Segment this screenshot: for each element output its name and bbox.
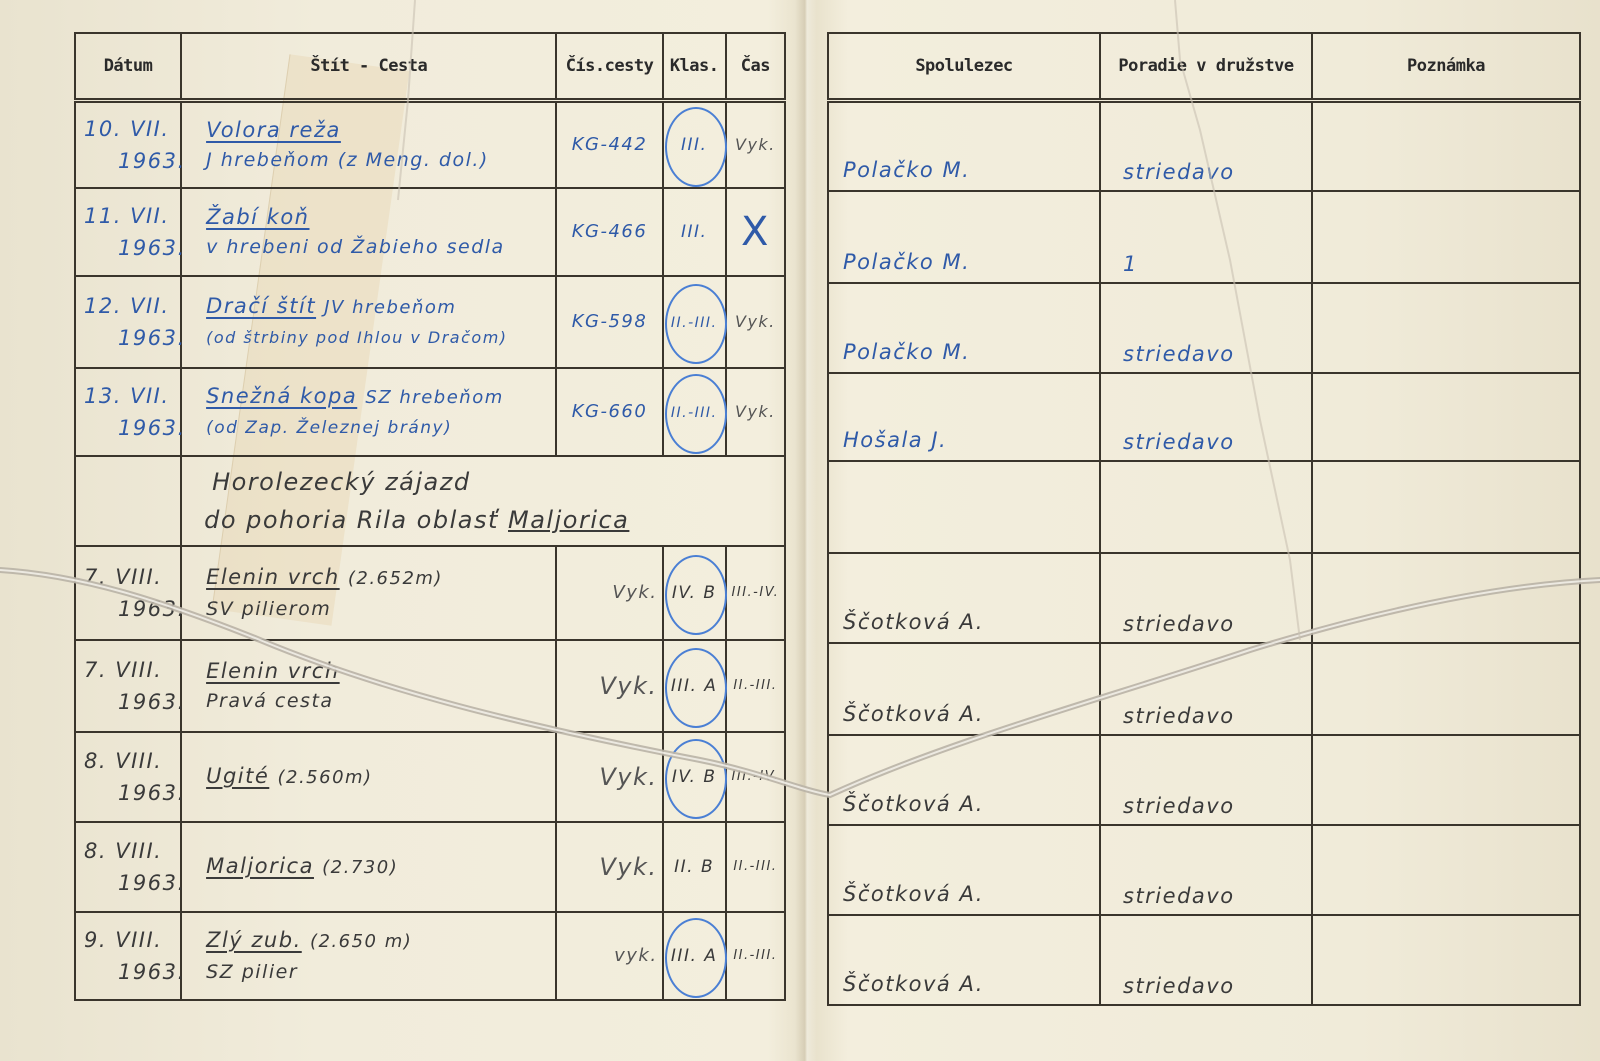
- note: [1312, 191, 1580, 283]
- table-row: 10. VII.1963. Volora režaJ hrebeňom (z M…: [75, 101, 785, 188]
- header-peak-route: Štít - Cesta: [181, 33, 556, 101]
- expedition-note-line1: Horolezecký zájazd: [204, 463, 784, 501]
- time: II.-III.: [726, 640, 785, 732]
- date-cell: 12. VII.1963.: [75, 276, 181, 368]
- route-desc: v hrebeni od Žabieho sedla: [206, 232, 555, 262]
- partner: Polačko M.: [828, 101, 1100, 191]
- date-day: 8. VIII.: [84, 745, 180, 777]
- date-cell: 8. VIII.1963.: [75, 822, 181, 912]
- time: Vyk.: [726, 368, 785, 456]
- table-row: 7. VIII.1963. Elenin vrch (2.652m)SV pil…: [75, 546, 785, 640]
- peak-name: Elenin vrch: [206, 565, 340, 589]
- peak-name: Volora reža: [206, 118, 341, 142]
- note: [1312, 915, 1580, 1005]
- table-row: 9. VIII.1963. Zlý zub. (2.650 m)SZ pilie…: [75, 912, 785, 1000]
- grade-cell: III. A: [663, 912, 726, 1000]
- peak-name: Snežná kopa: [206, 384, 357, 408]
- date-year: 1963.: [84, 686, 180, 718]
- table-row: [828, 461, 1580, 553]
- partner: Ščotková A.: [828, 643, 1100, 735]
- grade-circle-mark: [665, 107, 727, 187]
- grade-circle-mark: [665, 284, 727, 364]
- peak-name: Elenin vrch: [206, 659, 340, 683]
- peak-name: Ugité: [206, 764, 269, 788]
- completion-mark: Vyk.: [556, 640, 662, 732]
- team-order: striedavo: [1100, 643, 1312, 735]
- empty-date-cell: [75, 456, 181, 546]
- date-day: 9. VIII.: [84, 924, 180, 956]
- route-number: KG-466: [556, 188, 662, 276]
- date-cell: 8. VIII.1963.: [75, 732, 181, 822]
- header-date: Dátum: [75, 33, 181, 101]
- grade: III.: [681, 222, 707, 242]
- grade-cell: III. A: [663, 640, 726, 732]
- date-day: 11. VII.: [84, 200, 180, 232]
- table-row: Polačko M. striedavo: [828, 101, 1580, 191]
- peak-route-cell: Volora režaJ hrebeňom (z Meng. dol.): [181, 101, 556, 188]
- peak-route-cell: Dračí štít JV hrebeňom(od štrbiny pod Ih…: [181, 276, 556, 368]
- book-gutter: [795, 0, 817, 1061]
- peak-extra: (2.560m): [277, 767, 372, 788]
- date-year: 1963.: [84, 867, 180, 899]
- table-row: 11. VII.1963. Žabí koňv hrebeni od Žabie…: [75, 188, 785, 276]
- date-year: 1963.: [84, 412, 180, 444]
- route-desc: (od štrbiny pod Ihlou v Dračom): [206, 323, 555, 353]
- note: [1312, 643, 1580, 735]
- date-year: 1963.: [84, 777, 180, 809]
- header-note: Poznámka: [1312, 33, 1580, 101]
- time: III.-IV.: [726, 546, 785, 640]
- table-row: Ščotková A. striedavo: [828, 553, 1580, 643]
- date-day: 8. VIII.: [84, 835, 180, 867]
- peak-route-cell: Snežná kopa SZ hrebeňom(od Zap. Železnej…: [181, 368, 556, 456]
- partners-table: Spolulezec Poradie v družstve Poznámka P…: [827, 32, 1581, 1006]
- peak-extra: (2.730): [322, 857, 398, 878]
- expedition-note: Horolezecký zájazd do pohoria Rila oblas…: [181, 456, 785, 546]
- peak-name: Maljorica: [206, 854, 314, 878]
- table-row: 8. VIII.1963. Ugité (2.560m) Vyk. IV. B …: [75, 732, 785, 822]
- table-row: Ščotková A. striedavo: [828, 915, 1580, 1005]
- grade-cell: III.: [663, 101, 726, 188]
- climbs-table: Dátum Štít - Cesta Čís.cesty Klas. Čas 1…: [74, 32, 786, 1001]
- partner: Ščotková A.: [828, 553, 1100, 643]
- header-time: Čas: [726, 33, 785, 101]
- partner: [828, 461, 1100, 553]
- date-year: 1963.: [84, 322, 180, 354]
- date-cell: 7. VIII.1963.: [75, 640, 181, 732]
- route-desc: SZ pilier: [206, 957, 555, 987]
- peak-name: Žabí koň: [206, 205, 309, 229]
- date-cell: 11. VII.1963.: [75, 188, 181, 276]
- date-year: 1963.: [84, 232, 180, 264]
- time: II.-III.: [726, 822, 785, 912]
- table-row: 13. VII.1963. Snežná kopa SZ hrebeňom(od…: [75, 368, 785, 456]
- open-logbook: Dátum Štít - Cesta Čís.cesty Klas. Čas 1…: [0, 0, 1600, 1061]
- route-desc: SV pilierom: [206, 594, 555, 624]
- table-row: Polačko M. striedavo: [828, 283, 1580, 373]
- time-cross-mark: X: [726, 188, 785, 276]
- peak-route-cell: Elenin vrchPravá cesta: [181, 640, 556, 732]
- partner: Ščotková A.: [828, 915, 1100, 1005]
- grade-cell: IV. B: [663, 732, 726, 822]
- note: [1312, 553, 1580, 643]
- time: Vyk.: [726, 276, 785, 368]
- note: [1312, 373, 1580, 461]
- date-year: 1963.: [84, 145, 180, 177]
- header-row: Dátum Štít - Cesta Čís.cesty Klas. Čas: [75, 33, 785, 101]
- peak-extra: SZ hrebeňom: [365, 387, 503, 408]
- grade-cell: IV. B: [663, 546, 726, 640]
- route-desc: (od Zap. Železnej brány): [206, 413, 555, 443]
- team-order: striedavo: [1100, 101, 1312, 191]
- team-order: striedavo: [1100, 915, 1312, 1005]
- grade-cell: II. B: [663, 822, 726, 912]
- team-order: [1100, 461, 1312, 553]
- expedition-note-line2: do pohoria Rila oblasť: [204, 506, 499, 534]
- peak-route-cell: Ugité (2.560m): [181, 732, 556, 822]
- date-day: 12. VII.: [84, 290, 180, 322]
- date-day: 7. VIII.: [84, 654, 180, 686]
- time: II.-III.: [726, 912, 785, 1000]
- date-day: 13. VII.: [84, 380, 180, 412]
- route-number: KG-660: [556, 368, 662, 456]
- left-page: Dátum Štít - Cesta Čís.cesty Klas. Čas 1…: [0, 0, 795, 1061]
- right-page: Spolulezec Poradie v družstve Poznámka P…: [817, 0, 1600, 1061]
- table-row: 7. VIII.1963. Elenin vrchPravá cesta Vyk…: [75, 640, 785, 732]
- date-day: 10. VII.: [84, 113, 180, 145]
- grade-circle-mark: [665, 739, 727, 819]
- partner: Ščotková A.: [828, 825, 1100, 915]
- header-row: Spolulezec Poradie v družstve Poznámka: [828, 33, 1580, 101]
- grade-cell: II.-III.: [663, 368, 726, 456]
- route-desc: Pravá cesta: [206, 686, 555, 716]
- completion-mark: vyk.: [556, 912, 662, 1000]
- date-cell: 13. VII.1963.: [75, 368, 181, 456]
- partner: Ščotková A.: [828, 735, 1100, 825]
- completion-mark: Vyk.: [556, 732, 662, 822]
- peak-extra: JV hrebeňom: [324, 297, 456, 318]
- team-order: striedavo: [1100, 373, 1312, 461]
- completion-mark: Vyk.: [556, 822, 662, 912]
- peak-name: Zlý zub.: [206, 928, 302, 952]
- partner: Hošala J.: [828, 373, 1100, 461]
- grade-cell: II.-III.: [663, 276, 726, 368]
- grade-circle-mark: [665, 374, 727, 454]
- date-cell: 7. VIII.1963.: [75, 546, 181, 640]
- peak-name: Dračí štít: [206, 294, 316, 318]
- peak-route-cell: Elenin vrch (2.652m)SV pilierom: [181, 546, 556, 640]
- table-row: Polačko M. 1: [828, 191, 1580, 283]
- note: [1312, 101, 1580, 191]
- partner: Polačko M.: [828, 283, 1100, 373]
- team-order: 1: [1100, 191, 1312, 283]
- date-cell: 10. VII.1963.: [75, 101, 181, 188]
- table-row: Ščotková A. striedavo: [828, 643, 1580, 735]
- note: [1312, 461, 1580, 553]
- header-order: Poradie v družstve: [1100, 33, 1312, 101]
- peak-route-cell: Žabí koňv hrebeni od Žabieho sedla: [181, 188, 556, 276]
- note: [1312, 735, 1580, 825]
- grade-cell: III.: [663, 188, 726, 276]
- peak-extra: (2.652m): [348, 568, 443, 589]
- route-number: KG-442: [556, 101, 662, 188]
- header-grade: Klas.: [663, 33, 726, 101]
- peak-route-cell: Zlý zub. (2.650 m)SZ pilier: [181, 912, 556, 1000]
- header-route-number: Čís.cesty: [556, 33, 662, 101]
- route-desc: J hrebeňom (z Meng. dol.): [206, 145, 555, 175]
- partner: Polačko M.: [828, 191, 1100, 283]
- date-year: 1963.: [84, 956, 180, 988]
- team-order: striedavo: [1100, 283, 1312, 373]
- peak-route-cell: Maljorica (2.730): [181, 822, 556, 912]
- completion-mark: Vyk.: [556, 546, 662, 640]
- table-row: 12. VII.1963. Dračí štít JV hrebeňom(od …: [75, 276, 785, 368]
- grade-circle-mark: [665, 648, 727, 728]
- table-row: Ščotková A. striedavo: [828, 735, 1580, 825]
- route-number: KG-598: [556, 276, 662, 368]
- note: [1312, 825, 1580, 915]
- grade: II. B: [674, 857, 714, 877]
- grade-circle-mark: [665, 555, 727, 635]
- header-partner: Spolulezec: [828, 33, 1100, 101]
- note: [1312, 283, 1580, 373]
- expedition-place: Maljorica: [508, 506, 629, 534]
- time: III.-IV.: [726, 732, 785, 822]
- table-row: 8. VIII.1963. Maljorica (2.730) Vyk. II.…: [75, 822, 785, 912]
- team-order: striedavo: [1100, 735, 1312, 825]
- date-cell: 9. VIII.1963.: [75, 912, 181, 1000]
- team-order: striedavo: [1100, 825, 1312, 915]
- team-order: striedavo: [1100, 553, 1312, 643]
- table-row: Hošala J. striedavo: [828, 373, 1580, 461]
- grade-circle-mark: [665, 918, 727, 998]
- expedition-note-row: Horolezecký zájazd do pohoria Rila oblas…: [75, 456, 785, 546]
- peak-extra: (2.650 m): [310, 931, 412, 952]
- time: Vyk.: [726, 101, 785, 188]
- date-day: 7. VIII.: [84, 561, 180, 593]
- table-row: Ščotková A. striedavo: [828, 825, 1580, 915]
- date-year: 1963.: [84, 593, 180, 625]
